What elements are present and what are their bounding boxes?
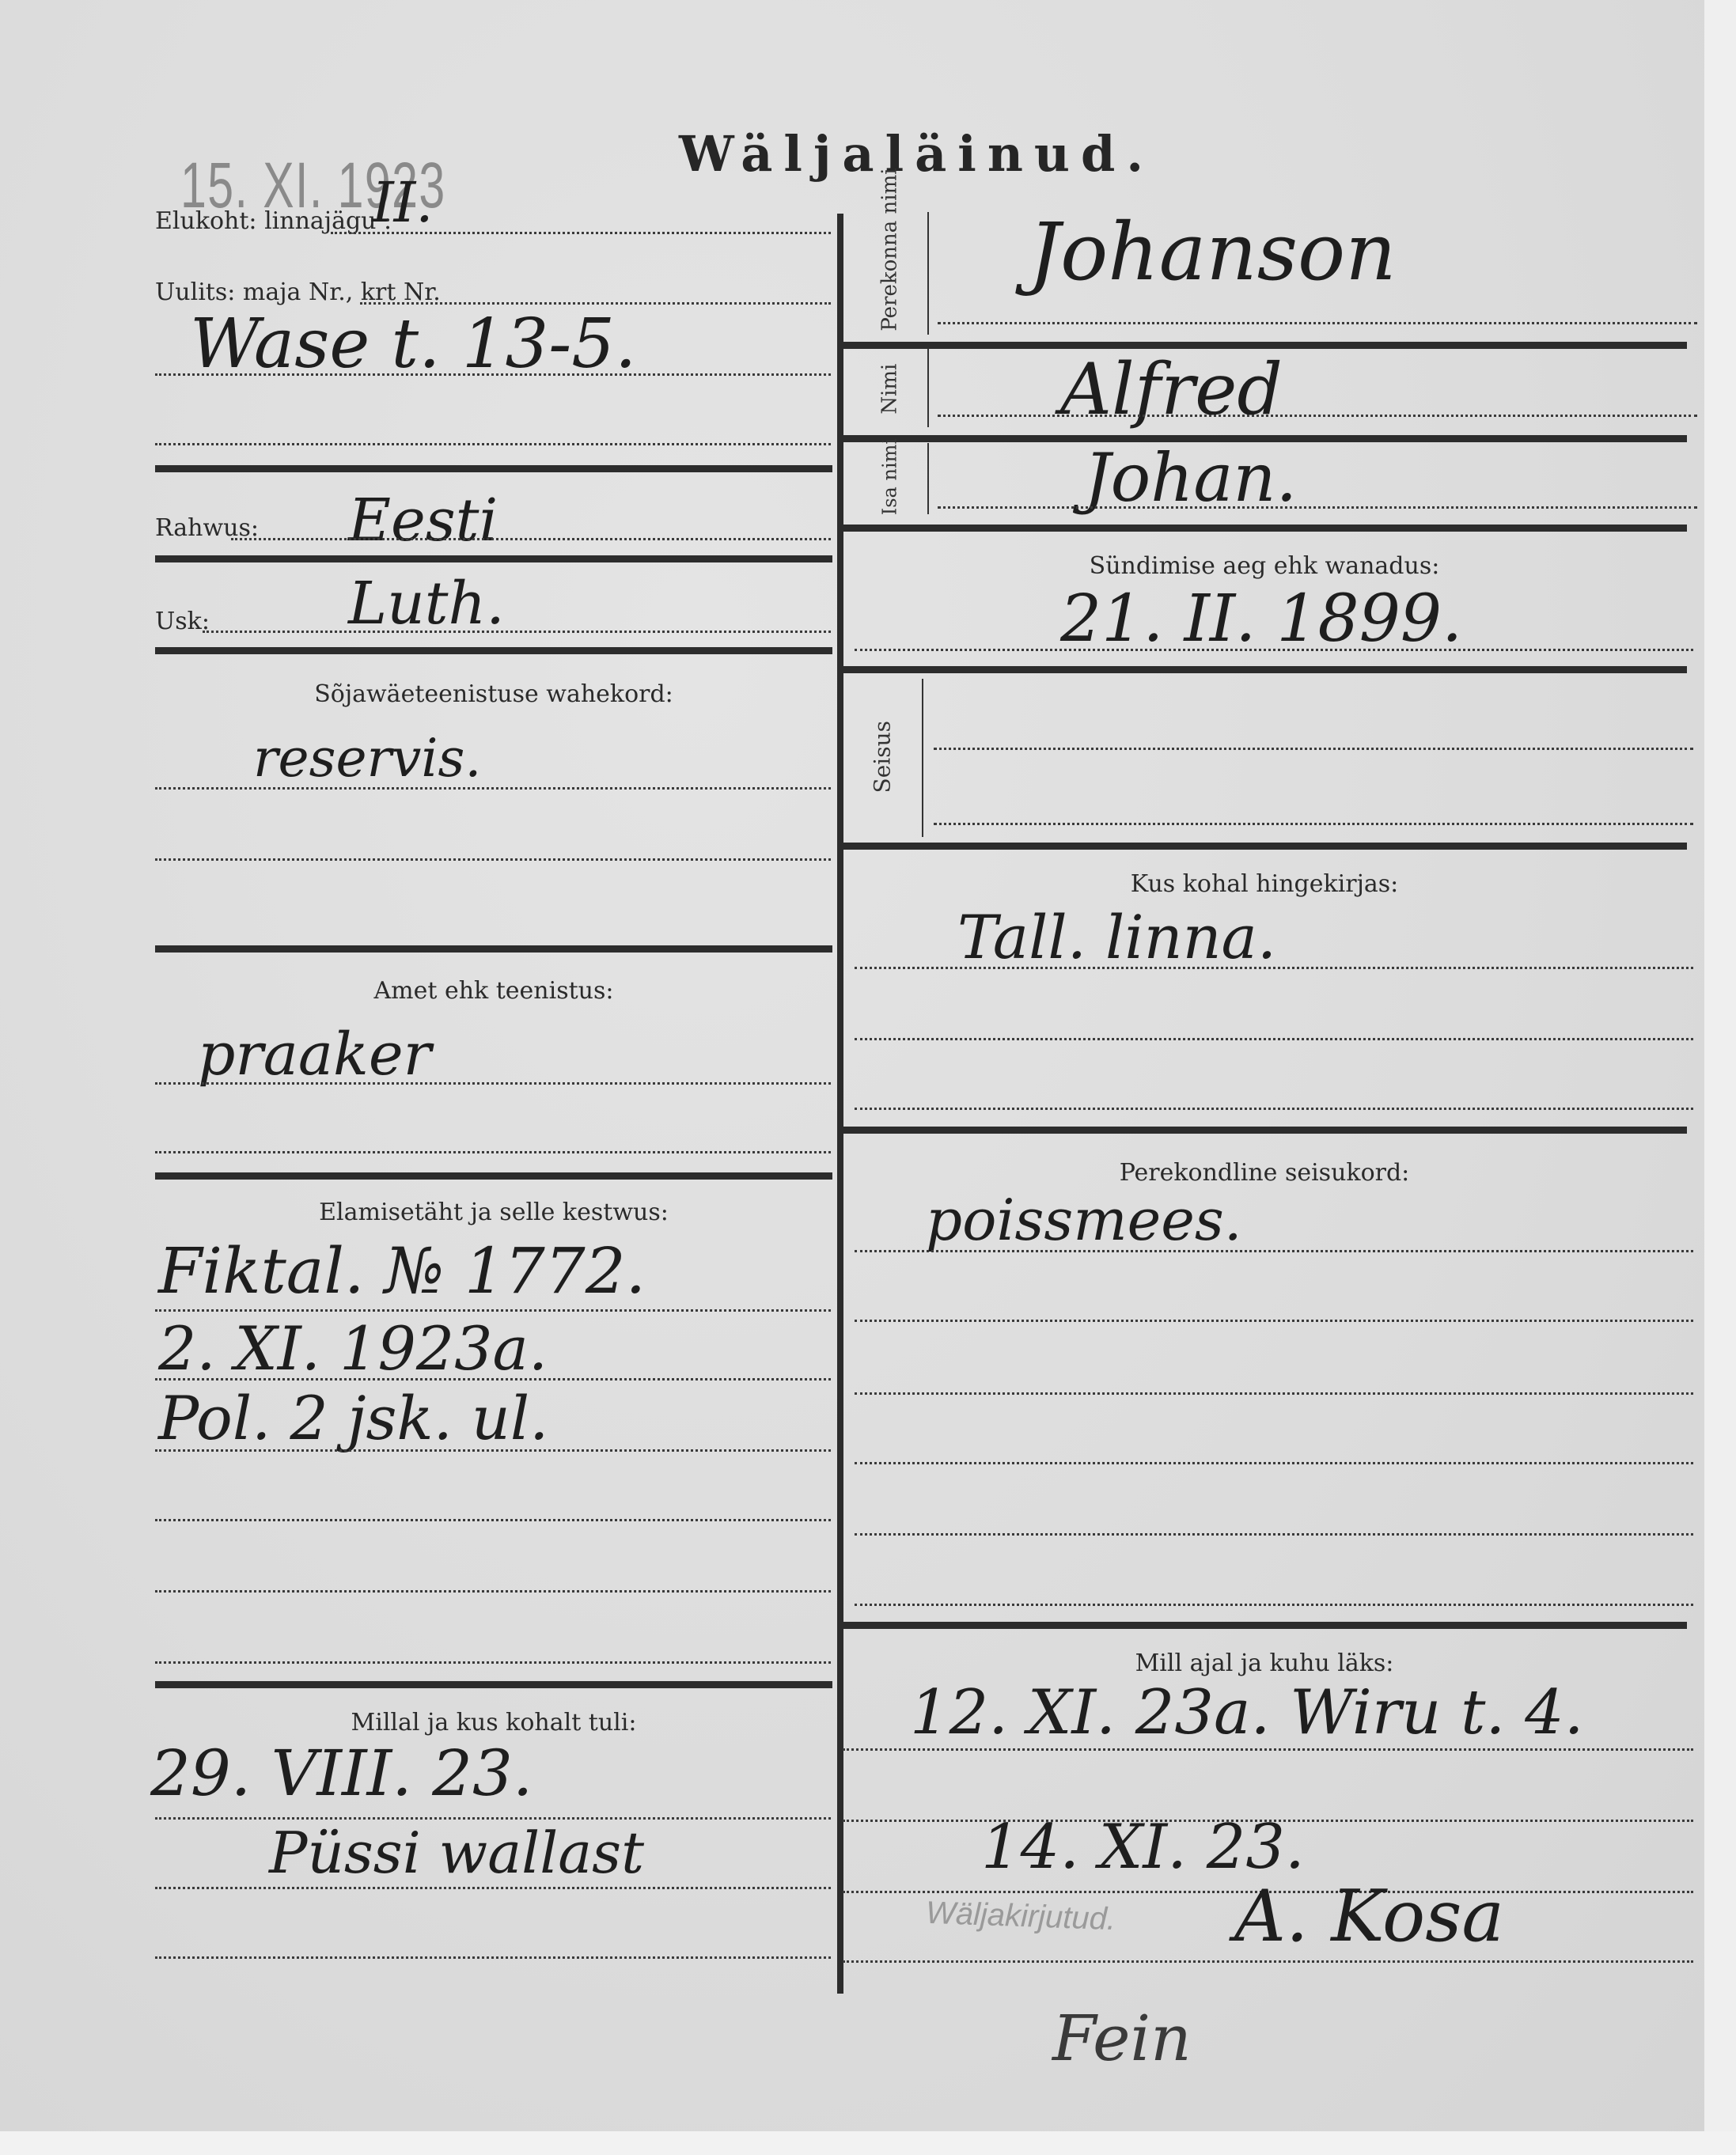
dotted-line <box>938 415 1697 417</box>
dotted-line <box>155 1590 831 1593</box>
section-rule <box>842 666 1687 673</box>
birth-value: 21. II. 1899. <box>1060 581 1462 657</box>
dotted-line <box>855 1320 1693 1322</box>
dotted-line <box>938 506 1697 509</box>
military-value: reservis. <box>253 728 481 789</box>
dotted-line <box>155 1661 831 1664</box>
written-out-stamp: Wäljakirjutud. <box>925 1896 1116 1937</box>
dotted-line <box>938 322 1697 324</box>
dotted-line <box>155 1449 831 1452</box>
dotted-line <box>155 858 831 861</box>
dotted-line <box>155 1309 831 1312</box>
usk-value: Luth. <box>348 570 505 638</box>
dotted-line <box>855 1533 1693 1536</box>
residence-permit-line-3: Pol. 2 jsk. ul. <box>158 1383 548 1453</box>
dotted-line <box>155 787 831 790</box>
birth-label: Sündimise aeg ehk wanadus: <box>842 552 1687 580</box>
given-name-value: Alfred <box>1060 348 1283 431</box>
dotted-line <box>155 1519 831 1521</box>
label-divider <box>927 348 929 427</box>
dotted-line <box>855 1038 1693 1040</box>
military-label: Sõjawäeteenistuse wahekord: <box>155 680 832 708</box>
section-rule <box>155 555 832 562</box>
section-rule <box>842 843 1687 850</box>
section-rule <box>155 945 832 953</box>
document-title: Wäljaläinud. <box>679 125 1154 183</box>
dotted-line <box>855 1462 1693 1464</box>
rahwus-value: Eesti <box>348 487 498 555</box>
label-divider <box>927 443 929 514</box>
paper-edge-bottom <box>0 2131 1736 2155</box>
dotted-line <box>855 1250 1693 1252</box>
dotted-line <box>855 649 1693 651</box>
section-rule <box>842 1127 1687 1134</box>
dotted-line <box>155 1082 831 1085</box>
dotted-line <box>855 1392 1693 1395</box>
paper-edge <box>1704 0 1736 2155</box>
arrival-line-1: 29. VIII. 23. <box>150 1736 533 1810</box>
section-rule <box>842 525 1687 532</box>
departure-line-2: 14. XI. 23. <box>981 1812 1305 1883</box>
arrival-label: Millal ja kus kohalt tuli: <box>155 1709 832 1736</box>
registry-value: Tall. linna. <box>957 902 1276 972</box>
elukoht-label: Elukoht: linnajägu : <box>155 207 392 235</box>
departure-line-1: 12. XI. 23a. Wiru t. 4. <box>910 1677 1584 1748</box>
address-value: Wase t. 13-5. <box>190 305 636 384</box>
dotted-line <box>155 373 831 376</box>
dotted-line <box>855 1108 1693 1110</box>
registry-label: Kus kohal hingekirjas: <box>842 870 1687 898</box>
dotted-line <box>843 1748 1693 1751</box>
dotted-line <box>155 1887 831 1889</box>
family-value: poissmees. <box>926 1187 1242 1253</box>
dotted-line <box>155 1151 831 1153</box>
section-rule <box>155 647 832 654</box>
status-label: Seisus <box>870 714 893 801</box>
surname-label: Perekonna nimi <box>879 197 900 331</box>
occupation-value: praaker <box>198 1021 431 1089</box>
dotted-line <box>155 1378 831 1380</box>
dotted-line <box>203 631 831 633</box>
dotted-line <box>934 748 1693 750</box>
section-rule <box>155 1681 832 1688</box>
dotted-line <box>934 823 1693 825</box>
given-name-label: Nimi <box>879 350 900 429</box>
residence-permit-line-2: 2. XI. 1923a. <box>158 1313 548 1384</box>
father-name-label: Isa nimi <box>880 437 900 517</box>
official-signature: A. Kosa <box>1234 1875 1504 1958</box>
section-rule <box>842 1622 1687 1629</box>
dotted-line <box>843 1960 1693 1963</box>
dotted-line <box>155 1956 831 1959</box>
section-rule <box>155 1172 832 1180</box>
document-page: 15. XI. 1923 Wäljaläinud. Elukoht: linna… <box>0 0 1736 2155</box>
family-label: Perekondline seisukord: <box>842 1159 1687 1187</box>
footer-signature: Fein <box>1052 2002 1192 2075</box>
dotted-line <box>231 538 831 540</box>
usk-label: Usk: <box>155 608 210 635</box>
arrival-line-2: Püssi wallast <box>269 1820 644 1886</box>
elukoht-value: II. <box>372 170 434 235</box>
dotted-line <box>855 967 1693 969</box>
residence-permit-line-1: Fiktal. № 1772. <box>158 1234 646 1308</box>
dotted-line <box>155 443 831 445</box>
departure-label: Mill ajal ja kuhu läks: <box>842 1649 1687 1677</box>
section-rule <box>155 465 832 472</box>
label-divider <box>922 679 923 837</box>
occupation-label: Amet ehk teenistus: <box>155 977 832 1005</box>
residence-permit-label: Elamisetäht ja selle kestwus: <box>155 1199 832 1226</box>
surname-value: Johanson <box>1029 206 1397 298</box>
label-divider <box>927 212 929 335</box>
father-name-value: Johan. <box>1084 439 1297 517</box>
dotted-line <box>855 1604 1693 1606</box>
center-divider <box>837 214 843 1994</box>
